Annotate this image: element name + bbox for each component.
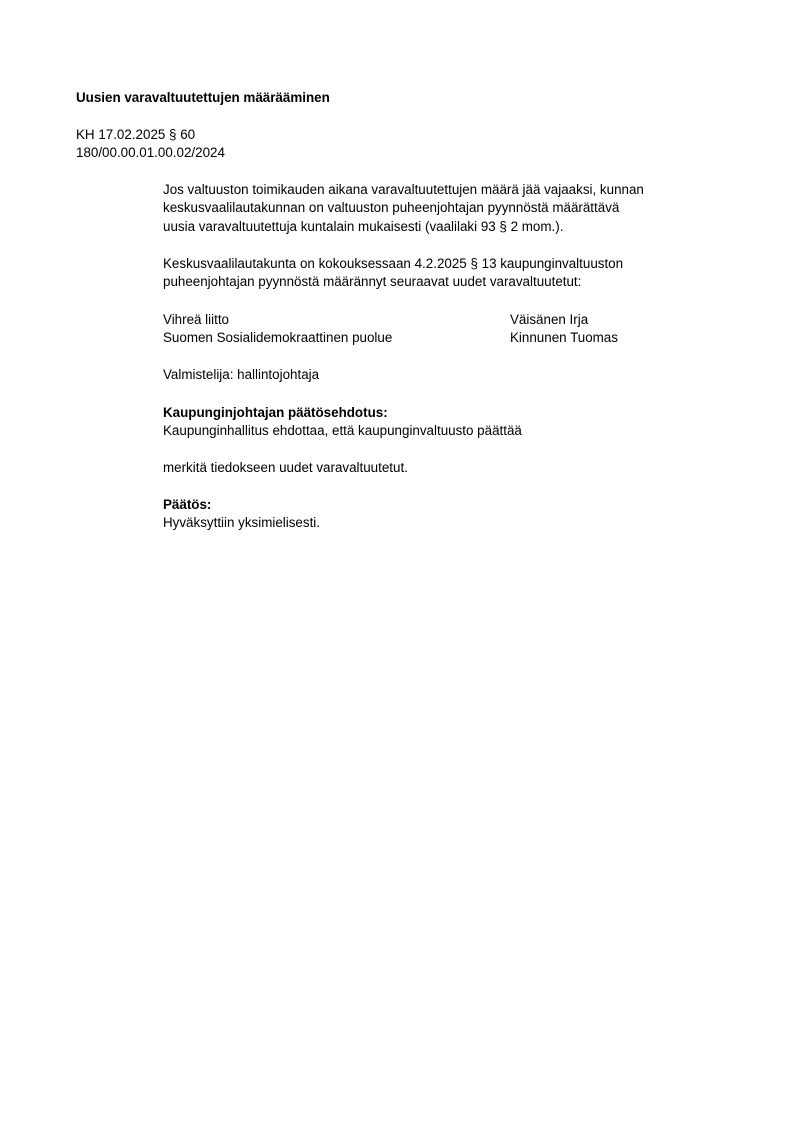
case-number: 180/00.00.01.00.02/2024 xyxy=(76,144,225,162)
appointee-name: Kinnunen Tuomas xyxy=(510,329,618,347)
document-title: Uusien varavaltuutettujen määrääminen xyxy=(76,89,330,107)
appointee-party: Vihreä liitto xyxy=(163,311,229,329)
preparer: Valmistelija: hallintojohtaja xyxy=(163,366,319,384)
intro-line-3: uusia varavaltuutettuja kuntalain mukais… xyxy=(163,218,563,236)
intro-line-2: keskusvaalilautakunnan on valtuuston puh… xyxy=(163,199,619,217)
intro-line-1: Jos valtuuston toimikauden aikana varava… xyxy=(163,181,644,199)
decision-text: Hyväksyttiin yksimielisesti. xyxy=(163,514,320,532)
decision-line-1: Keskusvaalilautakunta on kokouksessaan 4… xyxy=(163,255,623,273)
appointee-party: Suomen Sosialidemokraattinen puolue xyxy=(163,329,392,347)
decision-heading: Päätös: xyxy=(163,496,211,514)
proposal-text: Kaupunginhallitus ehdottaa, että kaupung… xyxy=(163,422,522,440)
meeting-reference: KH 17.02.2025 § 60 xyxy=(76,126,195,144)
appointee-name: Väisänen Irja xyxy=(510,311,588,329)
proposal-action: merkitä tiedokseen uudet varavaltuutetut… xyxy=(163,459,408,477)
decision-line-2: puheenjohtajan pyynnöstä määrännyt seura… xyxy=(163,273,581,291)
proposal-heading: Kaupunginjohtajan päätösehdotus: xyxy=(163,404,388,422)
